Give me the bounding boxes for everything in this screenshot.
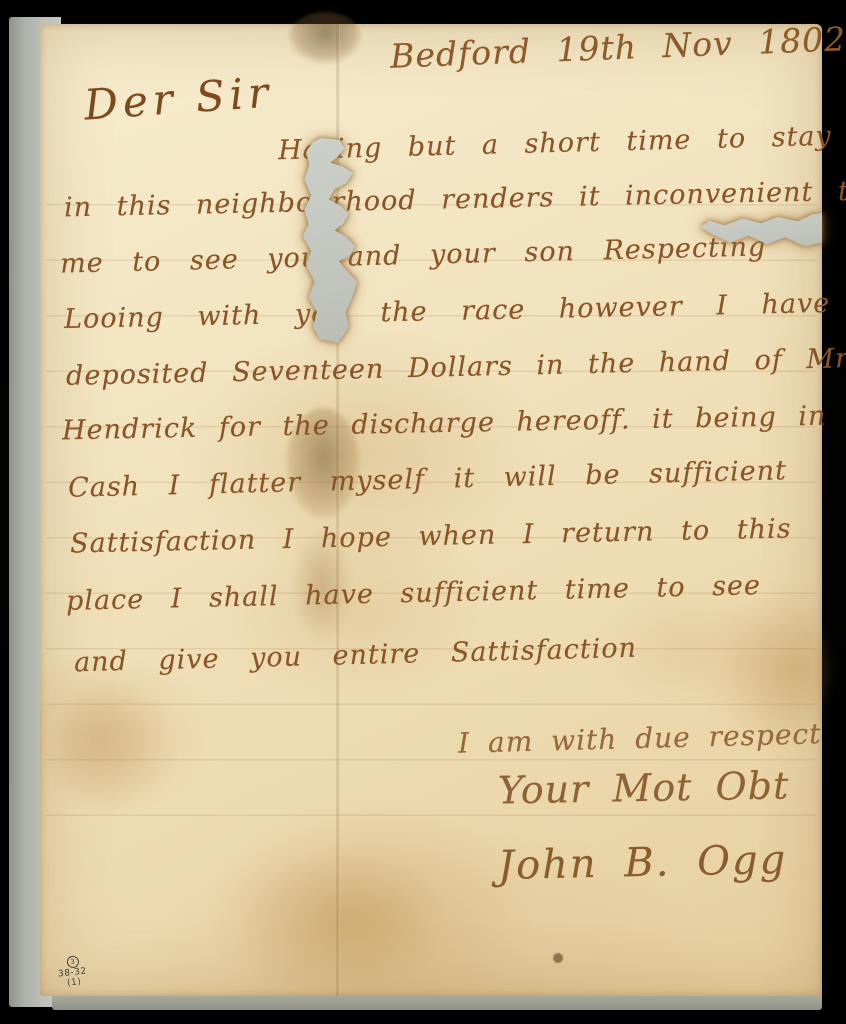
archival-sheet-number: (1) <box>67 976 89 988</box>
tear-backing-paper <box>700 210 822 248</box>
archival-mark: 3 38-32 (1) <box>56 955 88 990</box>
closing-line: Your Mot Obt <box>498 763 790 812</box>
paper-tear-right-edge <box>700 210 822 248</box>
tear-backing-paper <box>296 138 380 343</box>
signature: John B. Ogg <box>498 837 788 889</box>
paper-tear-hole <box>296 138 380 343</box>
page-edge-strip-bottom <box>52 994 822 1010</box>
